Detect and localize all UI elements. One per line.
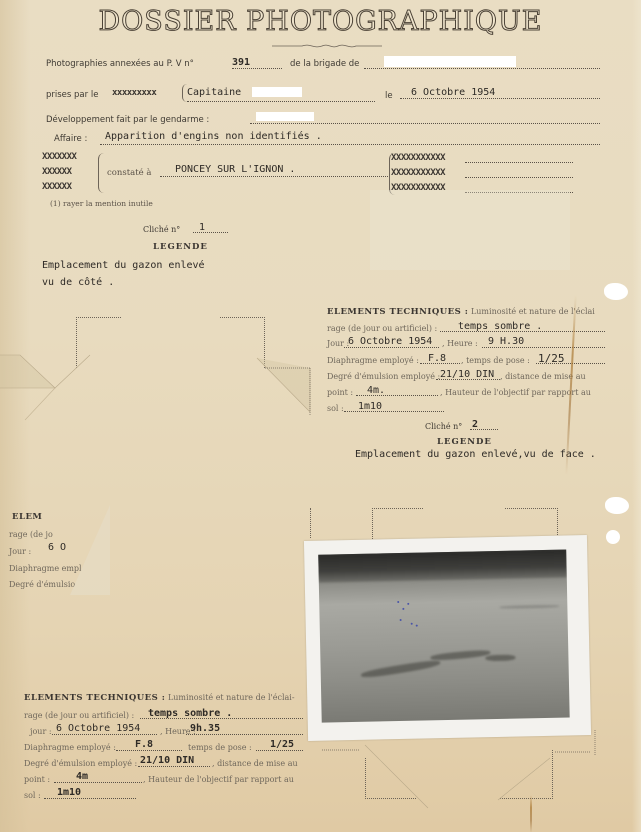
ink-speck — [397, 601, 399, 603]
cliche2-distance: 4m — [76, 771, 88, 782]
binder-hole — [604, 283, 628, 300]
photo2-corner-tl — [372, 508, 423, 539]
cliche2-tech-heading: ELEMENTS TECHNIQUES : — [24, 693, 165, 703]
constate-line — [160, 176, 390, 177]
cliche1-intro2: rage (de jour ou artificiel) : — [327, 324, 437, 333]
cliche1-day-line — [344, 347, 439, 348]
cliche1-hour-label: , Heure : — [442, 339, 478, 348]
document-page: DOSSIER PHOTOGRAPHIQUE Photographies ann… — [0, 0, 641, 832]
cliche1-legend-line1: Emplacement du gazon enlevé — [42, 260, 205, 271]
affaire-label: Affaire : — [54, 134, 87, 144]
photo2-treeline — [318, 549, 567, 582]
right-line-1 — [465, 162, 573, 163]
constate-value: PONCEY SUR L'IGNON . — [175, 164, 295, 175]
ink-speck — [407, 603, 409, 605]
cliche2-emulsion: 21/10 DIN — [140, 755, 194, 766]
cliche2-distance-line — [54, 782, 142, 783]
photo2-ground-line — [499, 605, 559, 609]
ink-speck — [400, 619, 402, 621]
underlying-fragment-heading: ELEM — [12, 512, 42, 522]
document-title: DOSSIER PHOTOGRAPHIQUE — [0, 6, 641, 37]
cliche1-point-label: point : — [327, 388, 353, 397]
ink-speck — [411, 623, 413, 625]
photo2-turf-patch — [430, 649, 490, 661]
title-flourish-ornament — [272, 42, 382, 50]
cliche2-emulsion-line — [138, 766, 210, 767]
cliche2-day: 6 Octobre 1954 — [56, 723, 140, 734]
constate-label: constaté à — [107, 168, 151, 178]
photo1-fold-marks — [0, 300, 330, 520]
gendarme-redaction — [256, 112, 314, 121]
cliche1-sol-label: sol : — [327, 404, 344, 413]
ink-speck — [402, 608, 404, 610]
cliche1-emulsion-label: Degré d'émulsion employé : — [327, 372, 440, 381]
cliche2-tech-intro: Luminosité et nature de l'éclai- — [168, 693, 295, 702]
development-line — [250, 123, 600, 124]
cliche2-aperture: F.8 — [135, 739, 153, 750]
struck-option-2: XXXXXX — [42, 167, 72, 177]
affaire-line — [100, 144, 600, 145]
cliche2-height: 1m10 — [57, 787, 81, 798]
brigade-redaction — [384, 56, 516, 67]
taken-by-label: prises par le — [46, 90, 98, 100]
photo2-corner-tr — [505, 508, 558, 539]
date-label: le — [385, 91, 393, 101]
right-line-2 — [465, 177, 573, 178]
underlying-fragment-2: rage (de jo — [9, 530, 53, 539]
cliche2-point-label: point : — [24, 775, 50, 784]
pv-number: 391 — [232, 57, 250, 68]
stain-crease — [565, 295, 576, 475]
stain-crease-bottom — [530, 795, 532, 833]
cliche2-exposure-label: temps de pose : — [188, 743, 252, 752]
cliche1-legend-heading: LEGENDE — [153, 242, 208, 252]
photo2-image — [318, 549, 569, 722]
cliche2-hour: 9h.35 — [190, 723, 220, 734]
date-value: 6 Octobre 1954 — [411, 87, 495, 98]
pv-number-line — [232, 68, 282, 69]
cliche2-aperture-label: Diaphragme employé : — [24, 743, 116, 752]
page-bottom-edge — [0, 832, 641, 836]
cliche1-tech-intro: Luminosité et nature de l'éclai — [471, 307, 595, 316]
affaire-value: Apparition d'engins non identifiés . — [105, 131, 322, 142]
cliche1-distance-line — [356, 395, 438, 396]
cliche2-day-line — [52, 734, 157, 735]
cliche1-distance-label: , distance de mise au — [500, 372, 586, 381]
struck-right-1: XXXXXXXXXXX — [391, 153, 445, 163]
photo2-corner-mark-l — [310, 508, 312, 538]
cliche1-legend-line2: vu de côté . — [42, 277, 114, 288]
footnote: (1) rayer la mention inutile — [50, 199, 153, 208]
ink-speck — [416, 625, 418, 627]
cliche1-height-line — [344, 411, 444, 412]
cliche2-lighting-line — [140, 718, 303, 719]
cliche1-lighting-line — [440, 331, 605, 332]
cliche1-aperture-label: Diaphragme employé : — [327, 356, 419, 365]
underlying-fragment-4: 6 O — [48, 542, 66, 553]
cliche2-sol-label: sol : — [24, 791, 41, 800]
development-label: Développement fait par le gendarme : — [46, 115, 209, 125]
cliche1-hour: 9 H.30 — [488, 336, 524, 347]
cliche2-exposure: 1/25 — [270, 739, 294, 750]
cliche1-height-label: , Hauteur de l'objectif par rapport au — [440, 388, 591, 397]
cliche2-aperture-line — [116, 750, 182, 751]
cliche1-aperture-line — [420, 363, 460, 364]
taken-by-struck-text: xxxxxxxxx — [112, 88, 156, 98]
brigade-line — [364, 68, 600, 69]
fold-triangle — [70, 505, 110, 595]
date-line — [400, 98, 600, 99]
photo2-bottom-folds — [300, 730, 641, 836]
brigade-label: de la brigade de — [290, 59, 359, 69]
cliche2-day-label: jour : — [30, 727, 52, 736]
faded-area — [370, 190, 570, 270]
struck-option-1: XXXXXXX — [42, 152, 76, 162]
page-right-edge — [632, 0, 641, 832]
cliche2-exposure-line — [256, 750, 303, 751]
cliche1-tech-heading: ELEMENTS TECHNIQUES : — [327, 307, 468, 317]
cliche1-day: 6 Octobre 1954 — [348, 336, 432, 347]
taken-by-line — [187, 101, 375, 102]
cliche2-legend-line1: Emplacement du gazon enlevé,vu de face . — [355, 449, 596, 460]
binder-hole — [605, 497, 629, 514]
taken-by-value: Capitaine — [187, 87, 241, 98]
cliche2-tech-row1: ELEMENTS TECHNIQUES : Luminosité et natu… — [24, 693, 295, 703]
cliche1-number-line — [193, 232, 228, 233]
cliche2-number-line — [470, 429, 498, 430]
name-redaction — [252, 87, 302, 97]
binder-hole — [606, 530, 620, 544]
cliche2-distance-label: , distance de mise au — [212, 759, 298, 768]
left-brace — [98, 153, 104, 193]
photo2-print — [304, 535, 591, 741]
photo2-turf-patch — [485, 655, 515, 662]
cliche2-label: Cliché n° — [425, 422, 462, 431]
cliche1-hour-line — [482, 347, 605, 348]
struck-right-2: XXXXXXXXXXX — [391, 168, 445, 178]
cliche2-intro2: rage (de jour ou artificiel) : — [24, 711, 134, 720]
cliche2-height-line — [44, 798, 136, 799]
photo2-turf-patch — [361, 659, 441, 680]
cliche1-tech-row1: ELEMENTS TECHNIQUES : Luminosité et natu… — [327, 307, 595, 317]
pv-label: Photographies annexées au P. V n° — [46, 59, 194, 69]
cliche2-hour-line — [186, 734, 303, 735]
cliche2-legend-heading: LEGENDE — [437, 437, 492, 447]
underlying-fragment-3: Jour : — [9, 547, 31, 556]
underlying-fragment-6: Degré d'émulsio — [9, 580, 75, 589]
cliche2-height-label: , Hauteur de l'objectif par rapport au — [143, 775, 294, 784]
cliche1-emulsion-line — [436, 379, 500, 380]
cliche1-label: Cliché n° — [143, 225, 180, 234]
cliche1-exposure-label: , temps de pose : — [461, 356, 530, 365]
struck-option-3: XXXXXX — [42, 182, 72, 192]
cliche2-emulsion-label: Degré d'émulsion employé : — [24, 759, 137, 768]
